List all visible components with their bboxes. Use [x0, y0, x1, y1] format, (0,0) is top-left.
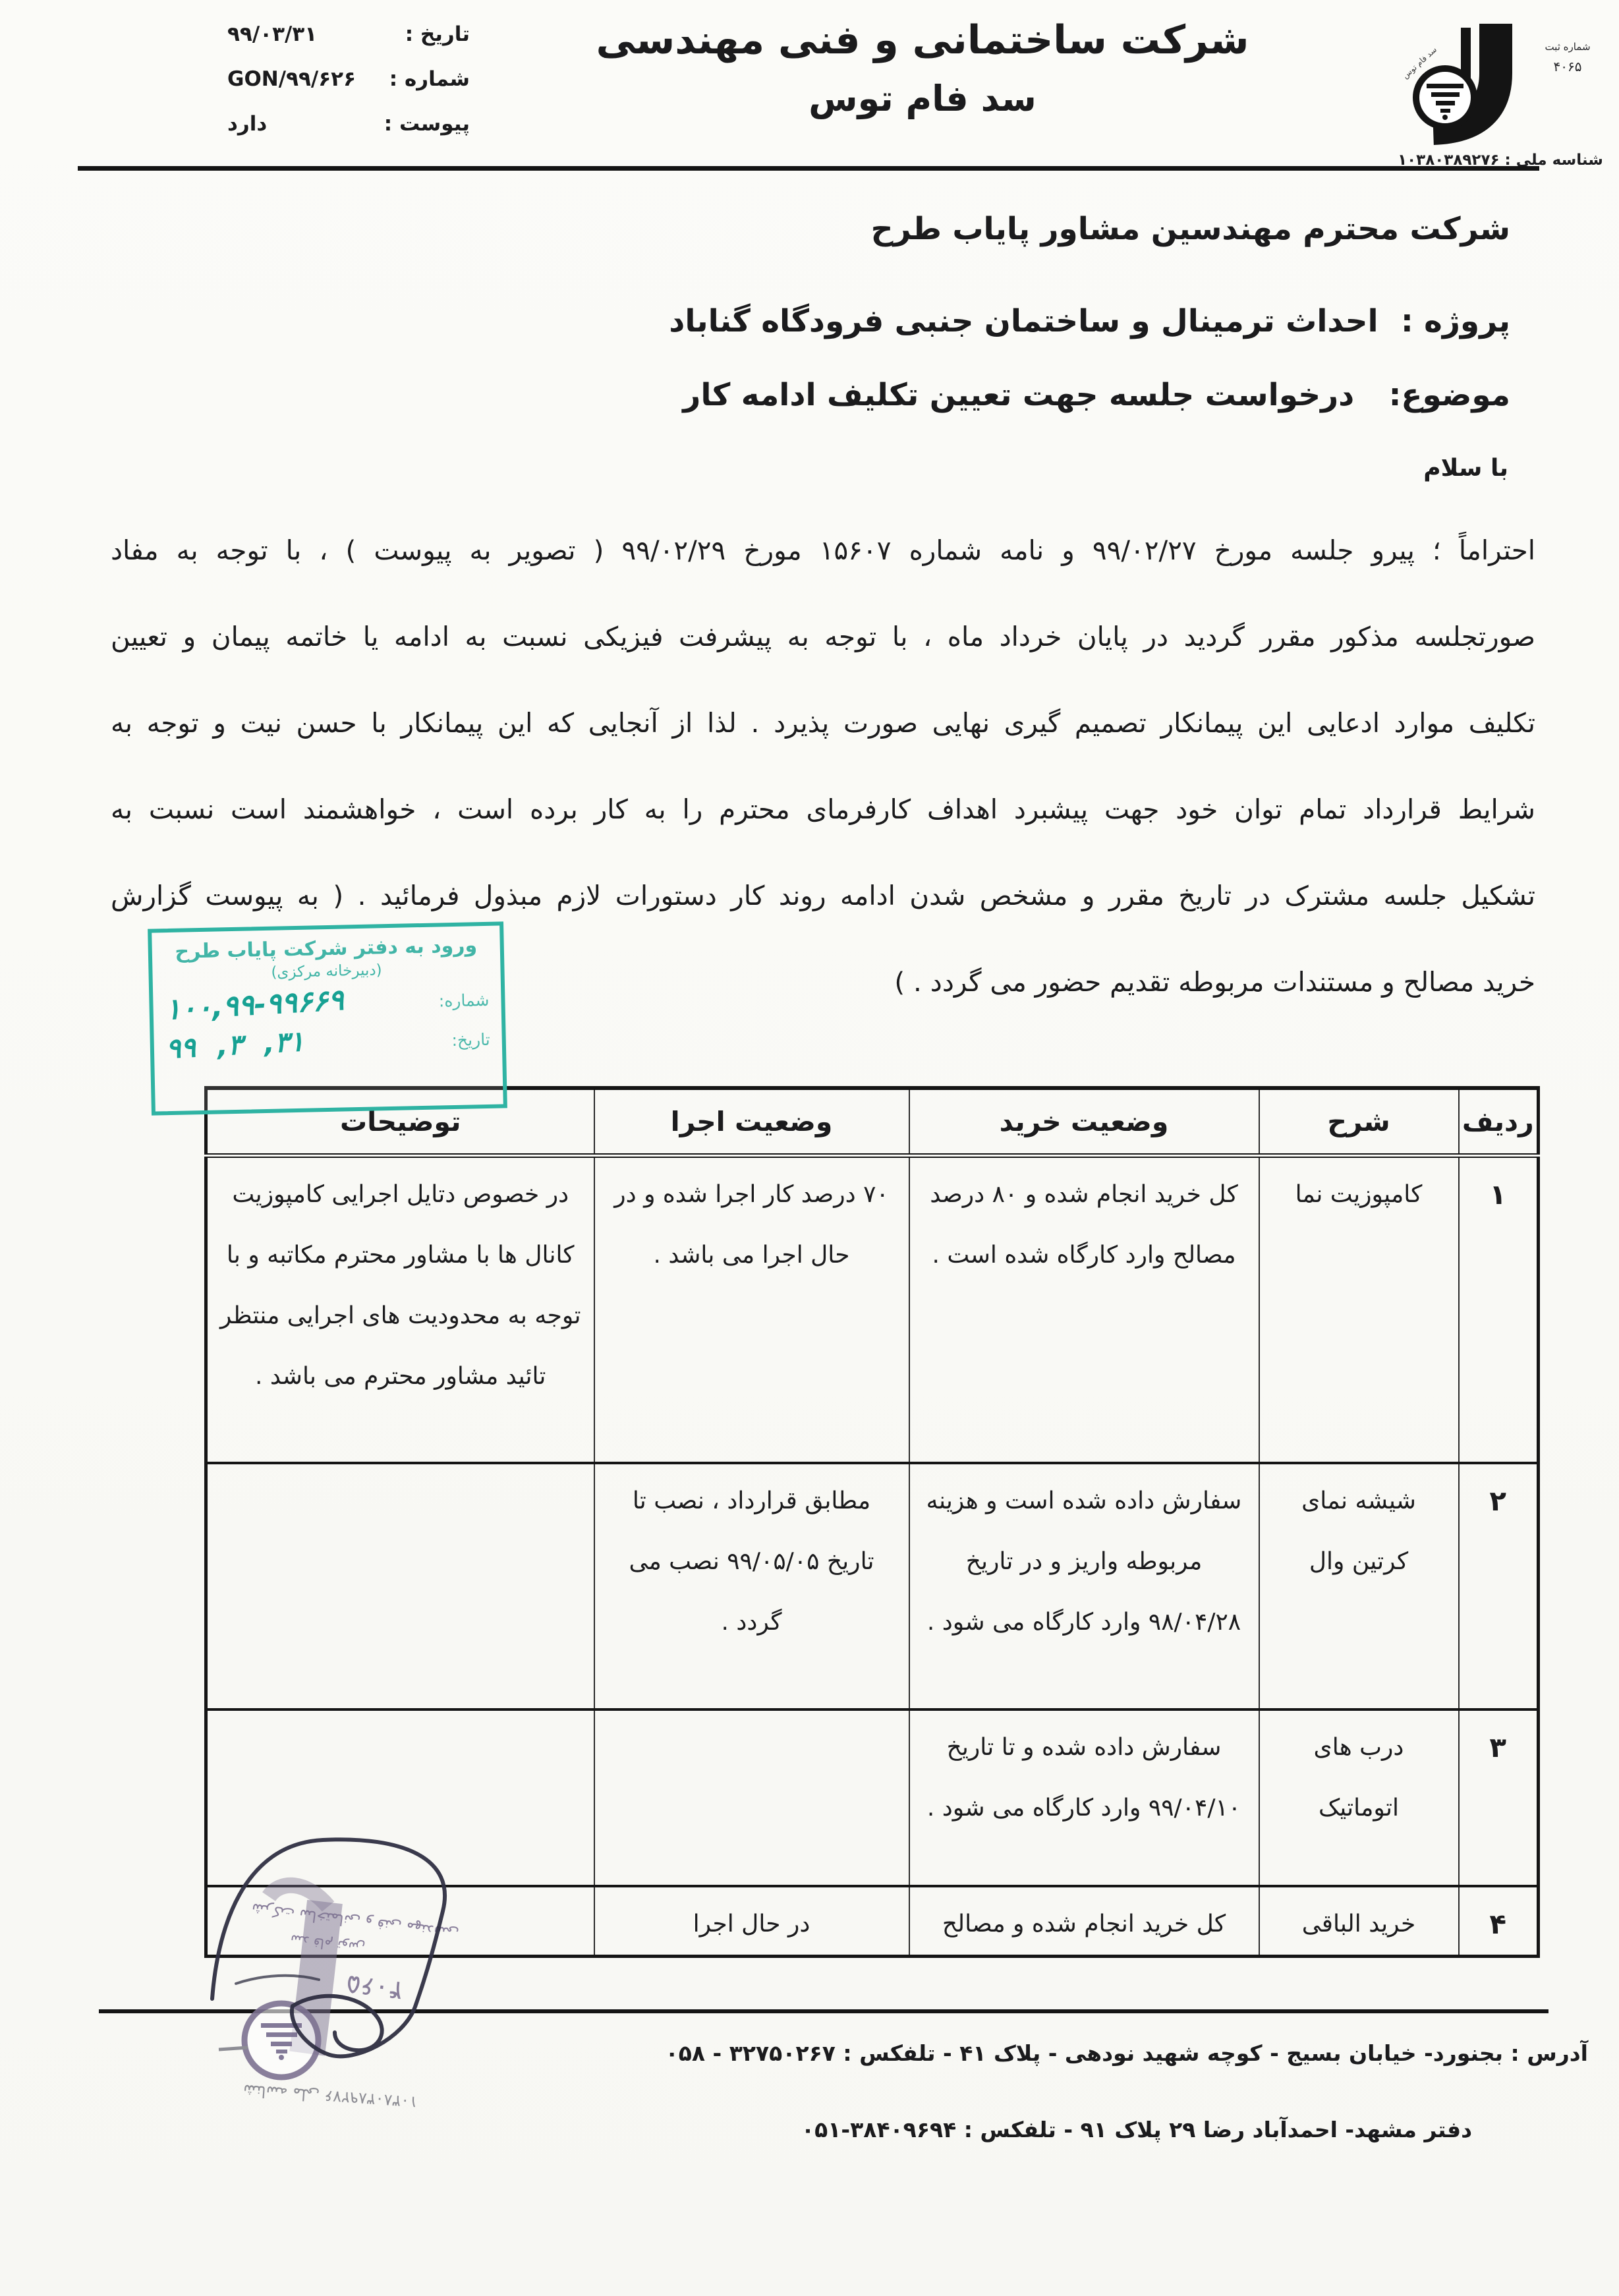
table-row: ۱ کامپوزیت نما کل خرید انجام شده و ۸۰ در…: [206, 1156, 1539, 1463]
footer-address-line: آدرس : بجنورد- خیابان بسیج - کوچه شهید ن…: [685, 2040, 1588, 2066]
logo-registration-label: شماره ثبت: [1545, 41, 1590, 53]
entry-stamp-date-handwriting: ۹۹ ,۳ ,۳۱: [165, 1025, 305, 1065]
meta-attachment-row: پیوست : دارد: [227, 112, 470, 136]
subject-label: موضوع:: [1389, 377, 1510, 413]
row1-notes: در خصوص دتایل اجرایی کامپوزیت کانال ها ب…: [206, 1156, 594, 1463]
company-name-line2: سد فام توس: [573, 78, 1272, 119]
body-line-2: صورتجلسه مذکور مقرر گردید در پایان خرداد…: [111, 594, 1535, 680]
footer-mashhad-office-line: دفتر مشهد- احمدآباد رضا ۲۹ پلاک ۹۱ - تلف…: [685, 2117, 1588, 2142]
work-status-table: ردیف شرح وضعیت خرید وضعیت اجرا توضیحات ۱…: [204, 1086, 1540, 1958]
header-purchase-status: وضعیت خرید: [909, 1088, 1259, 1156]
row2-execution: مطابق قرارداد ، نصب تا تاریخ ۹۹/۰۵/۰۵ نص…: [594, 1463, 909, 1709]
row4-purchase: کل خرید انجام شده و مصالح: [909, 1886, 1259, 1957]
row4-number: ۴: [1459, 1886, 1539, 1957]
row3-execution: [594, 1709, 909, 1886]
row1-purchase: کل خرید انجام شده و ۸۰ درصد مصالح وارد ک…: [909, 1156, 1259, 1463]
entry-stamp-title: ورود به دفتر شرکت پایاب طرح: [152, 933, 500, 963]
row2-notes: [206, 1463, 594, 1709]
project-label: پروژه :: [1401, 303, 1510, 339]
addressee-line: شرکت محترم مهندسین مشاور پایاب طرح: [871, 211, 1510, 247]
row2-number: ۲: [1459, 1463, 1539, 1709]
entry-stamp-date-row: تاریخ: ۹۹ ,۳ ,۳۱: [154, 1023, 502, 1062]
header-description: شرح: [1259, 1088, 1459, 1156]
stamp-registration-number: ۴۰۶۵: [345, 1969, 405, 2006]
body-line-3: تکلیف موارد ادعایی این پیمانکار تصمیم گی…: [111, 680, 1535, 766]
row4-description: خرید الباقی: [1259, 1886, 1459, 1957]
meta-date-row: تاریخ : ۹۹/۰۳/۳۱: [227, 22, 470, 46]
project-text: احداث ترمینال و ساختمان جنبی فرودگاه گنا…: [669, 303, 1378, 339]
subject-text: درخواست جلسه جهت تعیین تکلیف ادامه کار: [683, 377, 1354, 413]
body-line-4: شرایط قرارداد تمام توان خود جهت پیشبرد ا…: [111, 766, 1535, 853]
date-label: تاریخ :: [405, 22, 470, 46]
row3-notes: [206, 1709, 594, 1886]
table-row: ۲ شیشه نمای کرتین وال سفارش داده شده است…: [206, 1463, 1539, 1709]
meta-number-row: شماره : GON/۹۹/۶۲۶: [227, 67, 470, 91]
row2-description: شیشه نمای کرتین وال: [1259, 1463, 1459, 1709]
entry-stamp-date-label: تاریخ:: [451, 1030, 490, 1050]
row4-execution: در حال اجرا: [594, 1886, 909, 1957]
number-value: GON/۹۹/۶۲۶: [227, 67, 356, 91]
header-execution-status: وضعیت اجرا: [594, 1088, 909, 1156]
row1-execution: ۷۰ درصد کار اجرا شده و در حال اجرا می با…: [594, 1156, 909, 1463]
attachment-label: پیوست :: [384, 112, 470, 136]
letterhead-divider: [78, 166, 1539, 171]
entry-stamp-subtitle: (دبیرخانه مرکزی): [152, 959, 500, 983]
logo-registration-value: ۴۰۶۵: [1554, 59, 1582, 74]
row3-description: درب های اتوماتیک: [1259, 1709, 1459, 1886]
entry-stamp-number-handwriting: ۱۰۰,۹۹-۹۹۶۶۹: [164, 983, 345, 1027]
header-row-number: ردیف: [1459, 1088, 1539, 1156]
row1-number: ۱: [1459, 1156, 1539, 1463]
row1-description: کامپوزیت نما: [1259, 1156, 1459, 1463]
body-line-1: احتراماً ؛ پیرو جلسه مورخ ۹۹/۰۲/۲۷ و نام…: [111, 507, 1535, 594]
footer-divider: [99, 2009, 1548, 2013]
stamp-dash: [219, 2048, 248, 2050]
project-line: پروژه : احداث ترمینال و ساختمان جنبی فرو…: [669, 303, 1510, 339]
entry-receipt-stamp: ورود به دفتر شرکت پایاب طرح (دبیرخانه مر…: [148, 921, 507, 1115]
row3-purchase: سفارش داده شده و تا تاریخ ۹۹/۰۴/۱۰ وارد …: [909, 1709, 1259, 1886]
row2-purchase: سفارش داده شده است و هزینه مربوطه واریز …: [909, 1463, 1259, 1709]
company-name-line1: شرکت ساختمانی و فنی مهندسی: [573, 17, 1272, 63]
date-value: ۹۹/۰۳/۳۱: [227, 22, 317, 46]
subject-line: موضوع: درخواست جلسه جهت تعیین تکلیف ادام…: [683, 377, 1510, 413]
table-row: ۴ خرید الباقی کل خرید انجام شده و مصالح …: [206, 1886, 1539, 1957]
scanned-letter-page: تاریخ : ۹۹/۰۳/۳۱ شماره : GON/۹۹/۶۲۶ پیوس…: [0, 0, 1619, 2296]
entry-stamp-number-label: شماره:: [439, 990, 490, 1011]
salutation: با سلام: [1423, 455, 1508, 482]
attachment-value: دارد: [227, 112, 267, 136]
company-logo-block: سد فام توس شماره ثبت ۴۰۶۵ شناسه ملی : ۱۰…: [1392, 11, 1609, 169]
table-row: ۳ درب های اتوماتیک سفارش داده شده و تا ت…: [206, 1709, 1539, 1886]
number-label: شماره :: [389, 67, 470, 91]
stamp-dam-circle: [244, 2003, 318, 2077]
stamp-national-id: شناسه ملی ۱۰۳۸۰۳۸۹۲۷۶: [242, 2081, 418, 2111]
company-logo-icon: سد فام توس شماره ثبت ۴۰۶۵: [1395, 11, 1606, 150]
row3-number: ۳: [1459, 1709, 1539, 1886]
row4-notes: [206, 1886, 594, 1957]
letterhead-title: شرکت ساختمانی و فنی مهندسی سد فام توس: [573, 17, 1272, 119]
entry-stamp-number-row: شماره: ۱۰۰,۹۹-۹۹۶۶۹: [153, 983, 501, 1023]
letterhead-meta: تاریخ : ۹۹/۰۳/۳۱ شماره : GON/۹۹/۶۲۶ پیوس…: [227, 22, 470, 157]
